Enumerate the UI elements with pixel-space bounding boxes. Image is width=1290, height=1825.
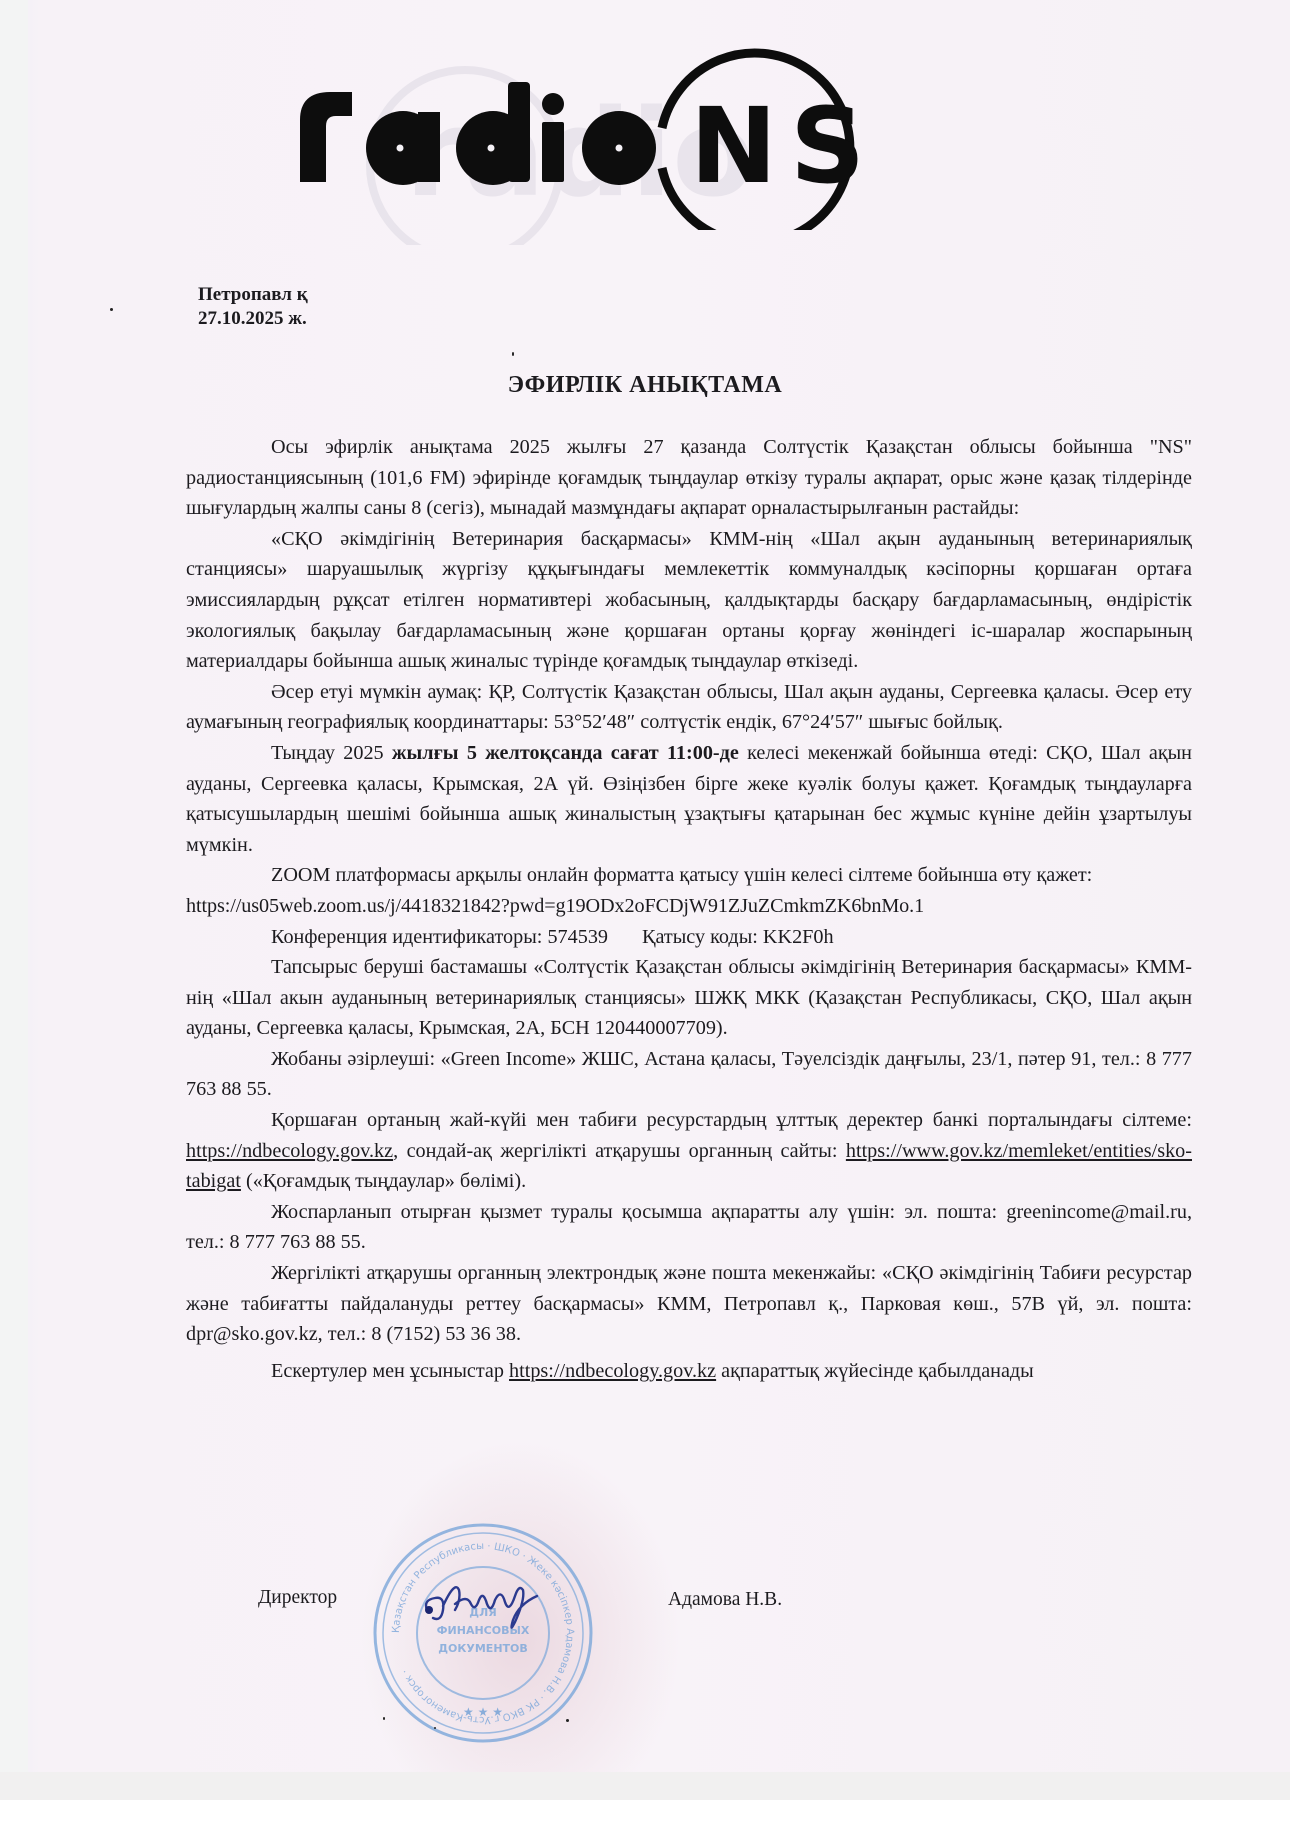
paragraph-authority-address: Жергілікті атқарушы органның электрондық… xyxy=(186,1258,1192,1350)
paragraph-customer: Тапсырыс беруші бастамашы «Солтүстік Қаз… xyxy=(186,952,1192,1044)
paragraph-developer: Жобаны әзірлеуші: «Green Income» ЖШС, Ас… xyxy=(186,1044,1192,1105)
paragraph-intro: Осы эфирлік анықтама 2025 жылғы 27 қазан… xyxy=(186,432,1192,524)
links-mid: , сондай-ақ жергілікті атқарушы органның… xyxy=(393,1140,846,1162)
paragraph-impact-area: Әсер етуі мүмкін аумақ: ҚР, Солтүстік Қа… xyxy=(186,677,1192,738)
signature-block: Директор Адамова Н.В. xyxy=(258,1587,1158,1627)
hearing-date-bold: жылғы 5 желтоқсанда сағат 11:00-де xyxy=(392,742,739,764)
logo-ns-text: NS xyxy=(690,85,865,207)
ndbecology-link[interactable]: https://ndbecology.gov.kz xyxy=(186,1140,393,1162)
document-title: ЭФИРЛІК АНЫҚТАМА xyxy=(0,372,1290,399)
hearing-date-pre: Тыңдау 2025 xyxy=(271,742,392,764)
radio-ns-logo: NS xyxy=(290,30,990,230)
svg-text:ДОКУМЕНТОВ: ДОКУМЕНТОВ xyxy=(438,1642,528,1655)
document-header: Петропавл қ 27.10.2025 ж. xyxy=(198,283,308,331)
conference-id: Конференция идентификаторы: 574539 xyxy=(271,926,608,948)
links-post: («Қоғамдық тыңдаулар» бөлімі). xyxy=(241,1170,526,1192)
comments-post: ақпараттық жүйесінде қабылданады xyxy=(716,1360,1034,1382)
access-code: Қатысу коды: KK2F0h xyxy=(642,926,834,948)
scan-edge-strip xyxy=(0,0,28,1772)
svg-text:★ ★ ★: ★ ★ ★ xyxy=(463,1705,503,1719)
paragraph-hearing-date: Тыңдау 2025 жылғы 5 желтоқсанда сағат 11… xyxy=(186,738,1192,860)
links-pre: Қоршаған ортаның жай-күйі мен табиғи рес… xyxy=(271,1109,1192,1131)
date: 27.10.2025 ж. xyxy=(198,307,308,331)
scan-speck xyxy=(434,1727,436,1729)
signer-name: Адамова Н.В. xyxy=(668,1589,782,1611)
ndbecology-link-2[interactable]: https://ndbecology.gov.kz xyxy=(509,1360,716,1382)
comments-pre: Ескертулер мен ұсыныстар xyxy=(271,1360,509,1382)
scan-bottom-band xyxy=(0,1772,1290,1800)
paragraph-contact: Жоспарланып отырған қызмет туралы қосымш… xyxy=(186,1197,1192,1258)
conference-details: Конференция идентификаторы: 574539Қатысу… xyxy=(186,922,1192,953)
document-body: Осы эфирлік анықтама 2025 жылғы 27 қазан… xyxy=(186,432,1192,1386)
paragraph-comments: Ескертулер мен ұсыныстар https://ndbecol… xyxy=(186,1356,1192,1387)
paragraph-zoom: ZOOM платформасы арқылы онлайн форматта … xyxy=(186,860,1192,891)
paragraph-links: Қоршаған ортаның жай-күйі мен табиғи рес… xyxy=(186,1105,1192,1197)
scan-speck xyxy=(512,352,514,356)
scan-speck xyxy=(566,1719,569,1722)
city: Петропавл қ xyxy=(198,283,308,307)
scan-speck xyxy=(110,308,113,311)
scan-speck xyxy=(383,1717,385,1720)
paragraph-announcement: «СҚО әкімдігінің Ветеринария басқармасы»… xyxy=(186,524,1192,677)
signer-role: Директор xyxy=(258,1587,337,1609)
document-page: radio NS Петропавл қ 27.10.2025 ж. ЭФИРЛ… xyxy=(0,0,1290,1772)
zoom-link[interactable]: https://us05web.zoom.us/j/4418321842?pwd… xyxy=(186,891,1192,922)
